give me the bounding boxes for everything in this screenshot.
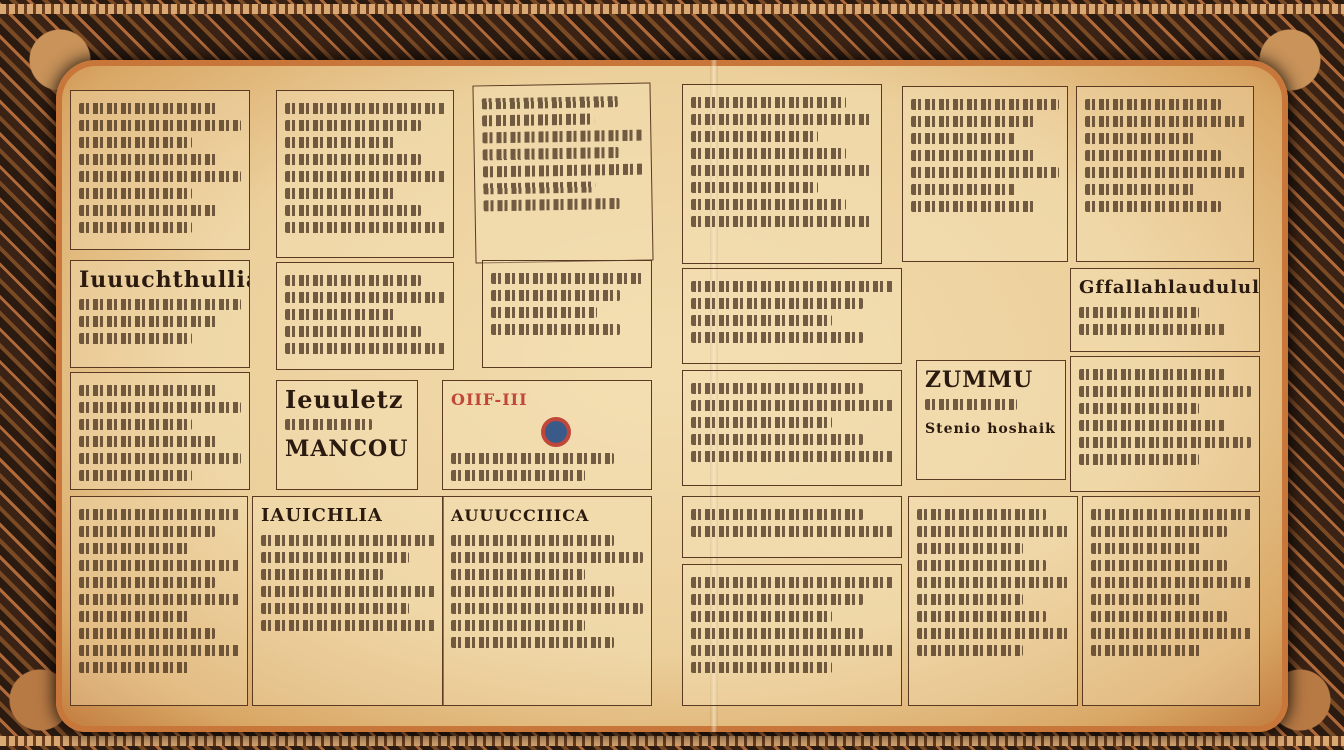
- article-box: Iuuuchthullia: [70, 260, 250, 368]
- article-box: Gffallahlaudulule: [1070, 268, 1260, 352]
- newspaper-page: Iuuuchthullia Ieuuletz MANCOU OIIF-III I…: [56, 60, 1288, 732]
- article-box: OIIF-III: [442, 380, 652, 490]
- headline: Gffallahlaudulule: [1079, 275, 1251, 301]
- article-column: [682, 84, 882, 264]
- headline: MANCOU: [285, 436, 409, 462]
- article-column: IAUICHLIA: [252, 496, 444, 706]
- article-column: [276, 262, 454, 370]
- headline: Iuuuchthullia: [79, 267, 241, 293]
- article-box: ZUMMU Stenio hoshaik: [916, 360, 1066, 480]
- headline: AUUUCCIIICA: [451, 503, 643, 529]
- article-column: [908, 496, 1078, 706]
- headline-red: OIIF-III: [451, 387, 643, 413]
- torn-clipping: [472, 82, 653, 263]
- article-column: [482, 260, 652, 368]
- headline: IAUICHLIA: [261, 503, 435, 529]
- headline: Stenio hoshaik: [925, 416, 1057, 442]
- article-column: [682, 268, 902, 364]
- article-column: [70, 90, 250, 250]
- article-box: Ieuuletz MANCOU: [276, 380, 418, 490]
- emblem-icon: [541, 417, 571, 447]
- article-column: [70, 372, 250, 490]
- article-column: AUUUCCIIICA: [442, 496, 652, 706]
- headline: ZUMMU: [925, 367, 1057, 393]
- article-column: [1076, 86, 1254, 262]
- article-column: [1070, 356, 1260, 492]
- article-column: [276, 90, 454, 258]
- article-column: [682, 370, 902, 486]
- article-column: [1082, 496, 1260, 706]
- border-band-bottom: [0, 736, 1344, 746]
- border-band-top: [0, 4, 1344, 14]
- article-column: [682, 564, 902, 706]
- article-column: [902, 86, 1068, 262]
- headline: Ieuuletz: [285, 387, 409, 413]
- article-column: [682, 496, 902, 558]
- article-column: [70, 496, 248, 706]
